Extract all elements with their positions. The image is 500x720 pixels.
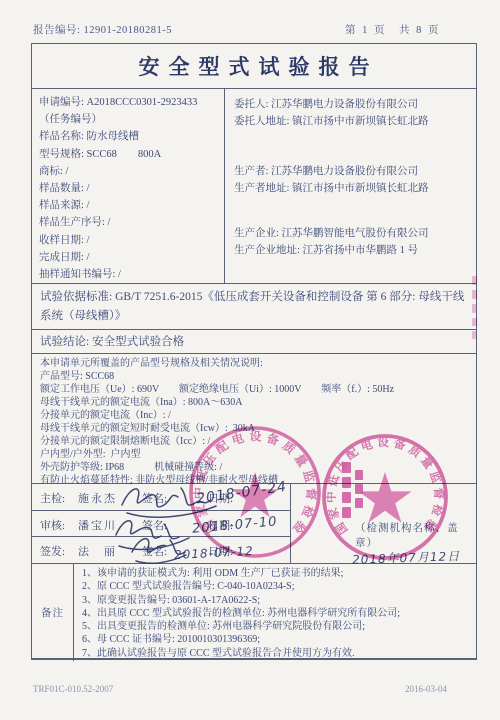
notes-label: 备注 xyxy=(32,564,74,661)
issuer-label: 签发: xyxy=(40,543,65,559)
client-address: 委托人地址: 镇江市扬中市新坝镇长虹北路 xyxy=(234,113,472,130)
note-item: 6、母 CCC 证书编号: 2010010301396369; xyxy=(82,633,470,646)
manufacturer: 生产企业: 江苏华鹏智能电气股份有限公司 xyxy=(234,225,472,242)
sample-quantity: 样品数量: / xyxy=(39,180,220,197)
limited-fuse-current: 分接单元的额定限制熔断电流（Icc）: / xyxy=(40,435,468,448)
note-item: 4、出具原 CCC 型式试验报告的检测单位: 苏州电器科学研究所有限公司; xyxy=(82,607,470,620)
chief-inspector-label: 主检: xyxy=(40,490,65,506)
notes-section: 备注 1、该申请的获证模式为: 利用 ODM 生产厂已获证书的结果; 2、原 C… xyxy=(32,564,476,661)
indoor-outdoor-type: 户内型/户外型: 户内型 xyxy=(40,448,468,461)
signature-label: 签名: xyxy=(142,517,167,533)
report-table: 安全型式试验报告 申请编号: A2018CCC0301-2923433 （任务编… xyxy=(31,43,477,660)
notes-body: 1、该申请的获证模式为: 利用 ODM 生产厂已获证书的结果; 2、原 CCC … xyxy=(74,564,476,661)
reviewer-name: 潘宝川 xyxy=(78,517,117,533)
info-grid: 申请编号: A2018CCC0301-2923433 （任务编号） 样品名称: … xyxy=(32,89,476,284)
stamp-caption: （检测机构名称、盖章） xyxy=(355,520,476,550)
form-date: 2016-03-04 xyxy=(405,684,447,694)
form-code: TRF01C-010.52-2007 xyxy=(33,684,113,694)
note-item: 5、出具变更报告的检测单位: 苏州电器科学研究院股份有限公司; xyxy=(82,620,470,633)
ip-rating: 外壳防护等级: IP68 机械碰撞等级: / xyxy=(40,461,468,474)
test-standard: 试验依据标准: GB/T 7251.6-2015《低压成套开关设备和控制设备 第… xyxy=(32,284,476,330)
producer-address: 生产者地址: 镇江市扬中市新坝镇长虹北路 xyxy=(234,180,472,197)
note-item: 1、该申请的获证模式为: 利用 ODM 生产厂已获证书的结果; xyxy=(82,567,470,580)
product-model: 产品型号: SCC68 xyxy=(40,370,468,383)
sampling-notice-number: 抽样通知书编号: / xyxy=(39,266,220,283)
sample-info-column: 申请编号: A2018CCC0301-2923433 （任务编号） 样品名称: … xyxy=(32,89,225,283)
rated-voltage: 额定工作电压（Ue）: 690V 额定绝缘电压（Ui）: 1000V 频率（f.… xyxy=(40,383,468,396)
application-number: 申请编号: A2018CCC0301-2923433 xyxy=(39,94,220,111)
sample-source: 样品来源: / xyxy=(39,197,220,214)
report-number: 报告编号: 12901-20180281-5 xyxy=(33,22,172,37)
rated-current: 母线干线单元的额定电流（Ina）: 800A～630A xyxy=(40,396,468,409)
page-header: 报告编号: 12901-20180281-5 第 1 页 共 8 页 xyxy=(33,22,476,38)
receive-date: 收样日期: / xyxy=(39,232,220,249)
page-count: 第 1 页 共 8 页 xyxy=(345,22,441,37)
complete-date: 完成日期: / xyxy=(39,249,220,266)
note-item: 7、此确认试验报告与原 CCC 型式试验报告合并使用方为有效. xyxy=(82,647,470,660)
task-number-note: （任务编号） xyxy=(39,111,220,128)
client: 委托人: 江苏华鹏电力设备股份有限公司 xyxy=(234,96,472,113)
test-conclusion: 试验结论: 安全型式试验合格 xyxy=(32,330,476,354)
short-time-current: 母线干线单元的额定短时耐受电流（Icw）: 30kA xyxy=(40,422,468,435)
scanned-report-page: 报告编号: 12901-20180281-5 第 1 页 共 8 页 安全型式试… xyxy=(0,0,500,720)
title-row: 安全型式试验报告 xyxy=(32,44,476,89)
tap-unit-current: 分接单元的额定电流（Inc）: / xyxy=(40,409,468,422)
chief-inspector-name: 施永杰 xyxy=(78,490,117,506)
product-description: 本申请单元所覆盖的产品型号规格及相关情况说明: 产品型号: SCC68 额定工作… xyxy=(32,354,476,484)
report-title: 安全型式试验报告 xyxy=(130,51,379,81)
signature-label: 签名: xyxy=(142,543,167,559)
sample-serial: 样品生产序号: / xyxy=(39,214,220,231)
note-item: 3、原变更报告编号: 03601-A-17A0622-S; xyxy=(82,594,470,607)
model-spec: 型号规格: SCC68 800A xyxy=(39,146,220,163)
trademark: 商标: / xyxy=(39,163,220,180)
product-desc-heading: 本申请单元所覆盖的产品型号规格及相关情况说明: xyxy=(40,357,468,370)
manufacturer-address: 生产企业地址: 江苏省扬中市华鹏路 1 号 xyxy=(234,242,472,259)
issuer-name: 法 丽 xyxy=(78,543,117,559)
note-item: 2、原 CCC 型式试验报告编号: C-040-10A0234-S; xyxy=(82,580,470,593)
producer: 生产者: 江苏华鹏电力设备股份有限公司 xyxy=(234,163,472,180)
reviewer-label: 审核: xyxy=(40,517,65,533)
signature-label: 签名: xyxy=(142,490,167,506)
sample-name: 样品名称: 防水母线槽 xyxy=(39,128,220,145)
client-info-column: 委托人: 江苏华鹏电力设备股份有限公司 委托人地址: 镇江市扬中市新坝镇长虹北路… xyxy=(225,89,476,283)
